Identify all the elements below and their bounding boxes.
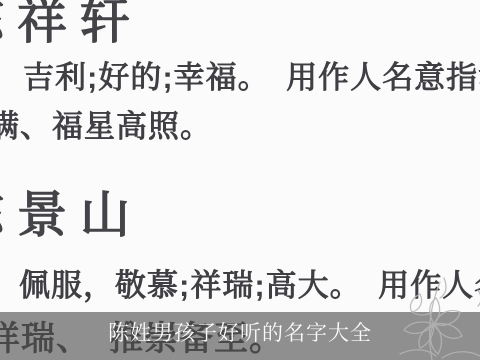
meaning-1-line-2: 满、福星高照。 [0,101,212,146]
name-heading-2: 陈景山 [0,175,143,247]
article-page: 陈祥轩 吉利;好的;幸福。 用作人名意指幸 满、福星高照。 陈景山 佩服，敬慕;… [0,0,480,360]
meaning-1-line-1: 吉利;好的;幸福。 用作人名意指幸 [23,52,480,97]
caption-title: 陈姓男孩子好听的名字大全 [0,317,480,347]
name-heading-1: 陈祥轩 [0,0,143,53]
